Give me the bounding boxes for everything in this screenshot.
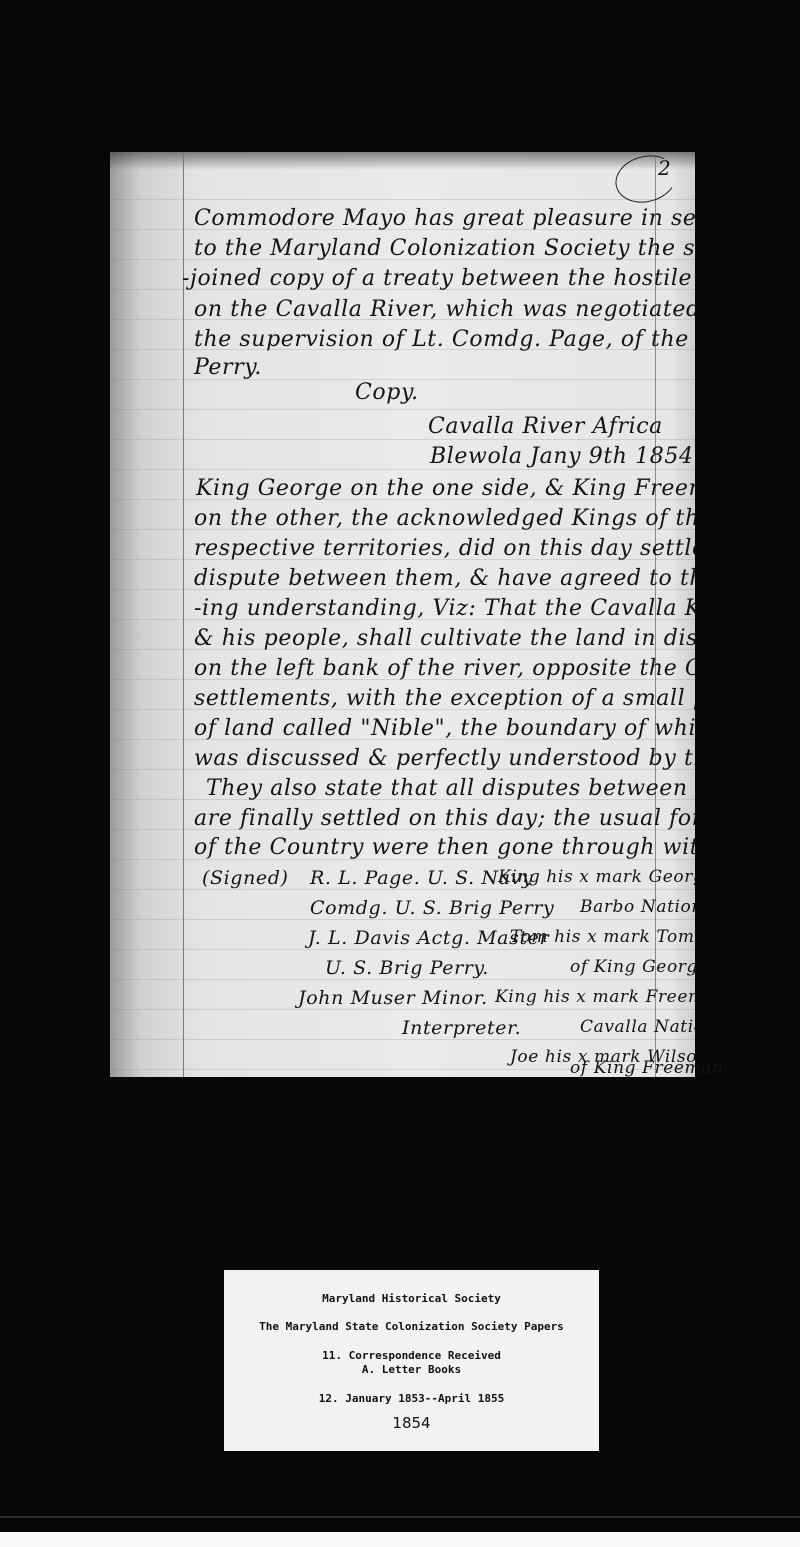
- intro-line: Commodore Mayo has great pleasure in sen…: [194, 206, 695, 231]
- treaty-line: of land called "Nible", the boundary of …: [194, 716, 695, 741]
- intro-line: to the Maryland Colonization Society the…: [194, 236, 695, 261]
- card-series: 11. Correspondence Received: [224, 1349, 599, 1362]
- intro-line: -joined copy of a treaty between the hos…: [182, 266, 695, 291]
- signatory-right: Barbo Nation: [580, 897, 695, 917]
- signatory-right: of King George: [570, 957, 695, 977]
- treaty-line: are finally settled on this day; the usu…: [194, 806, 695, 831]
- intro-line: the supervision of Lt. Comdg. Page, of t…: [194, 327, 695, 352]
- signatory-left: Comdg. U. S. Brig Perry: [310, 897, 554, 919]
- page-number: 2: [658, 156, 671, 180]
- place-line: Cavalla River Africa: [428, 414, 663, 439]
- copy-heading: Copy.: [355, 380, 419, 405]
- signatory-right: King his x mark George of the: [498, 867, 695, 887]
- signatory-left: U. S. Brig Perry.: [325, 957, 489, 979]
- intro-line: on the Cavalla River, which was negotiat…: [194, 297, 695, 322]
- card-subseries: A. Letter Books: [224, 1363, 599, 1376]
- page-shadow: [110, 152, 695, 170]
- treaty-line: King George on the one side, & King Free…: [196, 476, 695, 501]
- card-year: 1854: [224, 1414, 599, 1432]
- treaty-line: settlements, with the exception of a sma…: [194, 686, 695, 711]
- treaty-line: on the left bank of the river, opposite …: [194, 656, 695, 681]
- archive-label-card: Maryland Historical Society The Maryland…: [224, 1270, 599, 1451]
- signed-label: (Signed): [202, 867, 289, 889]
- intro-line: Perry.: [194, 355, 262, 380]
- signatory-right: King his x mark Freeman of the: [495, 987, 695, 1007]
- treaty-line: & his people, shall cultivate the land i…: [194, 626, 695, 651]
- manuscript-page: 2 Commodore Mayo has great pleasure in s…: [110, 152, 695, 1077]
- signatory-right: Cavalla Nation: [580, 1017, 695, 1037]
- signatory-right: of King Freeman.: [570, 1058, 730, 1078]
- treaty-line: of the Country were then gone through wi…: [194, 835, 695, 860]
- treaty-line: -ing understanding, Viz: That the Cavall…: [194, 596, 695, 621]
- signatory-left: Interpreter.: [402, 1017, 521, 1039]
- treaty-line: was discussed & perfectly understood by …: [194, 746, 695, 771]
- date-line: Blewola Jany 9th 1854: [430, 444, 694, 469]
- treaty-line: on the other, the acknowledged Kings of …: [194, 506, 695, 531]
- signatory-left: John Muser Minor.: [298, 987, 488, 1009]
- card-volume: 12. January 1853--April 1855: [224, 1392, 599, 1405]
- treaty-line: respective territories, did on this day …: [194, 536, 695, 561]
- film-edge-line: [0, 1516, 800, 1518]
- treaty-line: dispute between them, & have agreed to t…: [194, 566, 695, 591]
- card-collection: The Maryland State Colonization Society …: [224, 1320, 599, 1333]
- signatory-right: Tom his x mark Toms head man: [510, 927, 695, 947]
- bottom-white-strip: [0, 1532, 800, 1547]
- treaty-line: They also state that all disputes betwee…: [206, 776, 695, 801]
- card-institution: Maryland Historical Society: [224, 1292, 599, 1305]
